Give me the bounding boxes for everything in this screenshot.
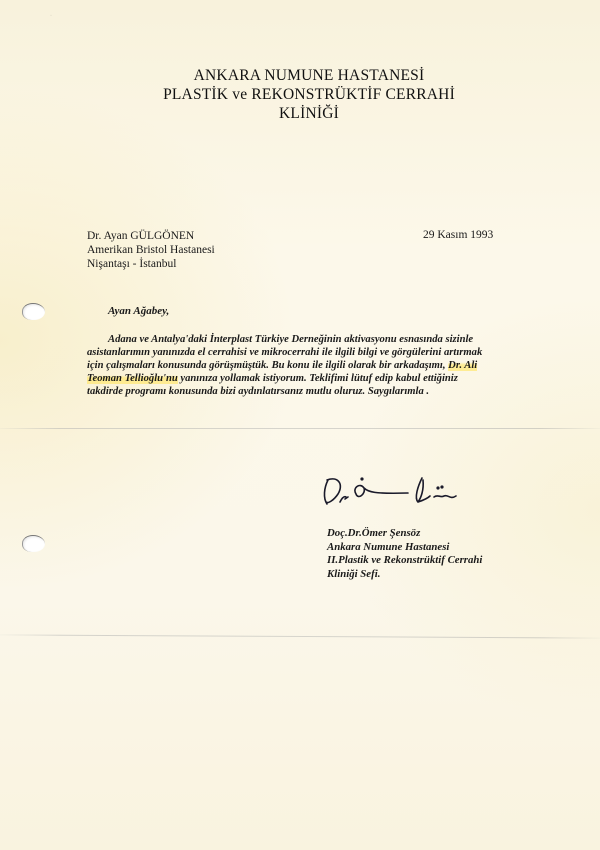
signer-institution: Ankara Numune Hastanesi [327,541,482,555]
signer-title: Kliniği Sefi. [327,568,482,582]
highlighted-name: Dr. Ali [448,360,477,371]
letterhead-clinic: KLİNİĞİ [18,104,600,123]
fold-line [0,634,600,638]
recipient-institution: Amerikan Bristol Hastanesi [87,243,215,257]
letterhead-hospital: ANKARA NUMUNE HASTANESİ [18,66,600,85]
body-line: Adana ve Antalya'daki İnterplast Türkiye… [87,333,507,346]
body-line: asistanlarımın yanınızda el cerrahisi ve… [87,346,507,359]
signer-department: II.Plastik ve Rekonstrüktif Cerrahi [327,554,482,568]
signer-name: Doç.Dr.Ömer Şensöz [327,527,482,541]
recipient-block: Dr. Ayan GÜLGÖNEN Amerikan Bristol Hasta… [87,229,215,271]
punch-hole-top [22,303,45,320]
body-text: yanınıza yollamak istiyorum. Teklifimi l… [178,373,458,384]
body-line: için çalışmaları konusunda görüşmüştük. … [87,359,507,372]
body-line: takdirde programı konusunda bizi aydınla… [87,385,507,398]
handwritten-signature [318,466,468,511]
highlighted-name: Teoman Tellioğlu'nu [87,373,178,384]
bleed-through-text: . [50,8,570,48]
letter-date: 29 Kasım 1993 [423,229,493,241]
recipient-address: Nişantaşı - İstanbul [87,257,215,271]
body-text: için çalışmaları konusunda görüşmüştük. … [87,360,448,371]
body-line: Teoman Tellioğlu'nu yanınıza yollamak is… [87,372,507,385]
salutation: Ayan Ağabey, [108,305,169,317]
punch-hole-bottom [22,535,45,552]
fold-line [0,428,600,429]
recipient-name: Dr. Ayan GÜLGÖNEN [87,229,215,243]
letterhead-department: PLASTİK ve REKONSTRÜKTİF CERRAHİ [18,85,600,104]
signer-block: Doç.Dr.Ömer Şensöz Ankara Numune Hastane… [327,527,482,581]
letterhead: ANKARA NUMUNE HASTANESİ PLASTİK ve REKON… [0,66,600,123]
letter-body: Adana ve Antalya'daki İnterplast Türkiye… [87,333,507,398]
